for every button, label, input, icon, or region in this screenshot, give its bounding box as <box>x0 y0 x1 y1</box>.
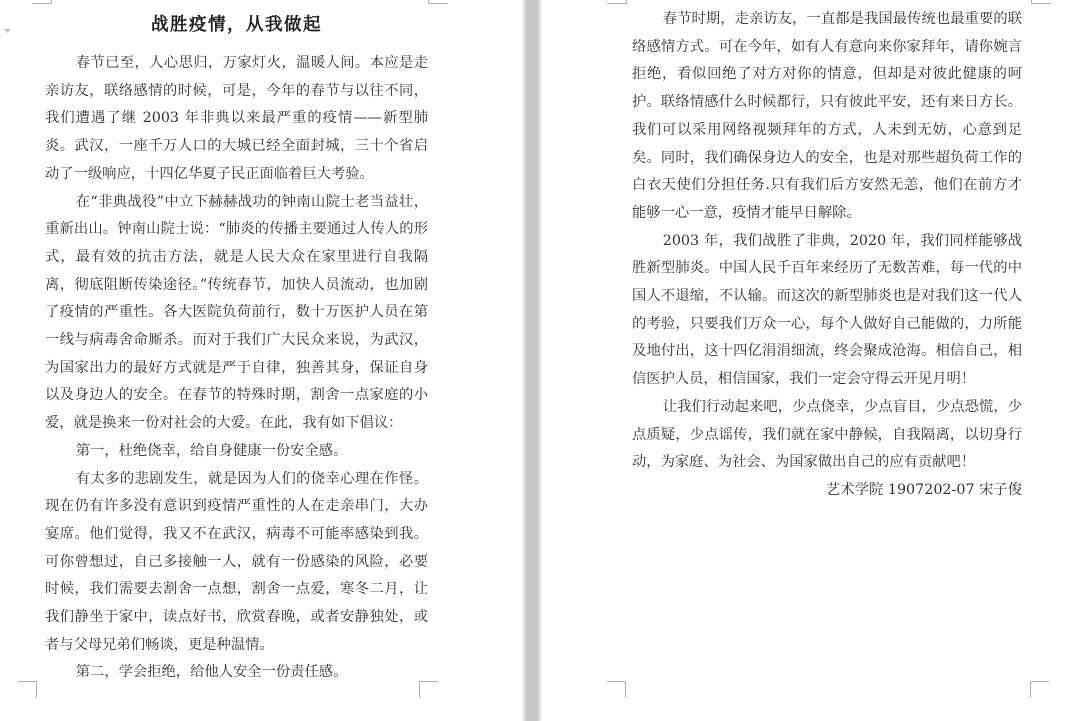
margin-corner-mark-icon <box>18 681 37 698</box>
page-1: 战胜疫情，从我做起 春节已至，人心思归，万家灯火，温暖人间。本应是走亲访友，联络… <box>0 0 523 721</box>
document-viewport: 战胜疫情，从我做起 春节已至，人心思归，万家灯火，温暖人间。本应是走亲访友，联络… <box>0 0 1080 721</box>
paragraph-point-two-heading: 第二，学会拒绝，给他人安全一份责任感。 <box>45 659 428 687</box>
margin-corner-mark-icon <box>32 0 52 4</box>
margin-corner-mark-icon <box>607 681 626 698</box>
page-1-text-area: 战胜疫情，从我做起 春节已至，人心思归，万家灯火，温暖人间。本应是走亲访友，联络… <box>45 10 428 687</box>
page-gap-divider <box>523 0 541 721</box>
margin-corner-mark-icon <box>428 0 448 4</box>
paragraph-intro: 春节已至，人心思归，万家灯火，温暖人间。本应是走亲访友，联络感情的时候，可是，今… <box>45 50 428 189</box>
margin-corner-mark-icon <box>419 681 438 698</box>
paragraph-point-one-heading: 第一，杜绝侥幸，给自身健康一份安全感。 <box>45 438 428 466</box>
margin-corner-mark-icon <box>607 0 627 4</box>
page-2: 春节时期，走亲访友，一直都是我国最传统也最重要的联络感情方式。可在今年，如有人有… <box>541 0 1080 721</box>
margin-corner-mark-icon <box>1031 0 1051 4</box>
author-signature: 艺术学院 1907202-07 宋子俊 <box>632 477 1022 505</box>
paragraph-zhongnanshan: 在“非典战役”中立下赫赫战功的钟南山院士老当益壮，重新出山。钟南山院士说：“肺炎… <box>45 189 428 438</box>
margin-corner-mark-icon <box>1030 681 1049 698</box>
page-2-text-area: 春节时期，走亲访友，一直都是我国最传统也最重要的联络感情方式。可在今年，如有人有… <box>632 6 1022 505</box>
paragraph-point-one-body: 有太多的悲剧发生，就是因为人们的侥幸心理在作怪。现在仍有许多没有意识到疫情严重性… <box>45 466 428 660</box>
paragraph-call-to-action: 让我们行动起来吧，少点侥幸，少点盲目，少点恐慌，少点质疑，少点谣传，我们就在家中… <box>632 394 1022 477</box>
paragraph-conclusion: 2003 年，我们战胜了非典，2020 年，我们同样能够战胜新型肺炎。中国人民千… <box>632 228 1022 394</box>
document-title: 战胜疫情，从我做起 <box>45 13 428 37</box>
paragraph-point-two-body: 春节时期，走亲访友，一直都是我国最传统也最重要的联络感情方式。可在今年，如有人有… <box>632 6 1022 228</box>
